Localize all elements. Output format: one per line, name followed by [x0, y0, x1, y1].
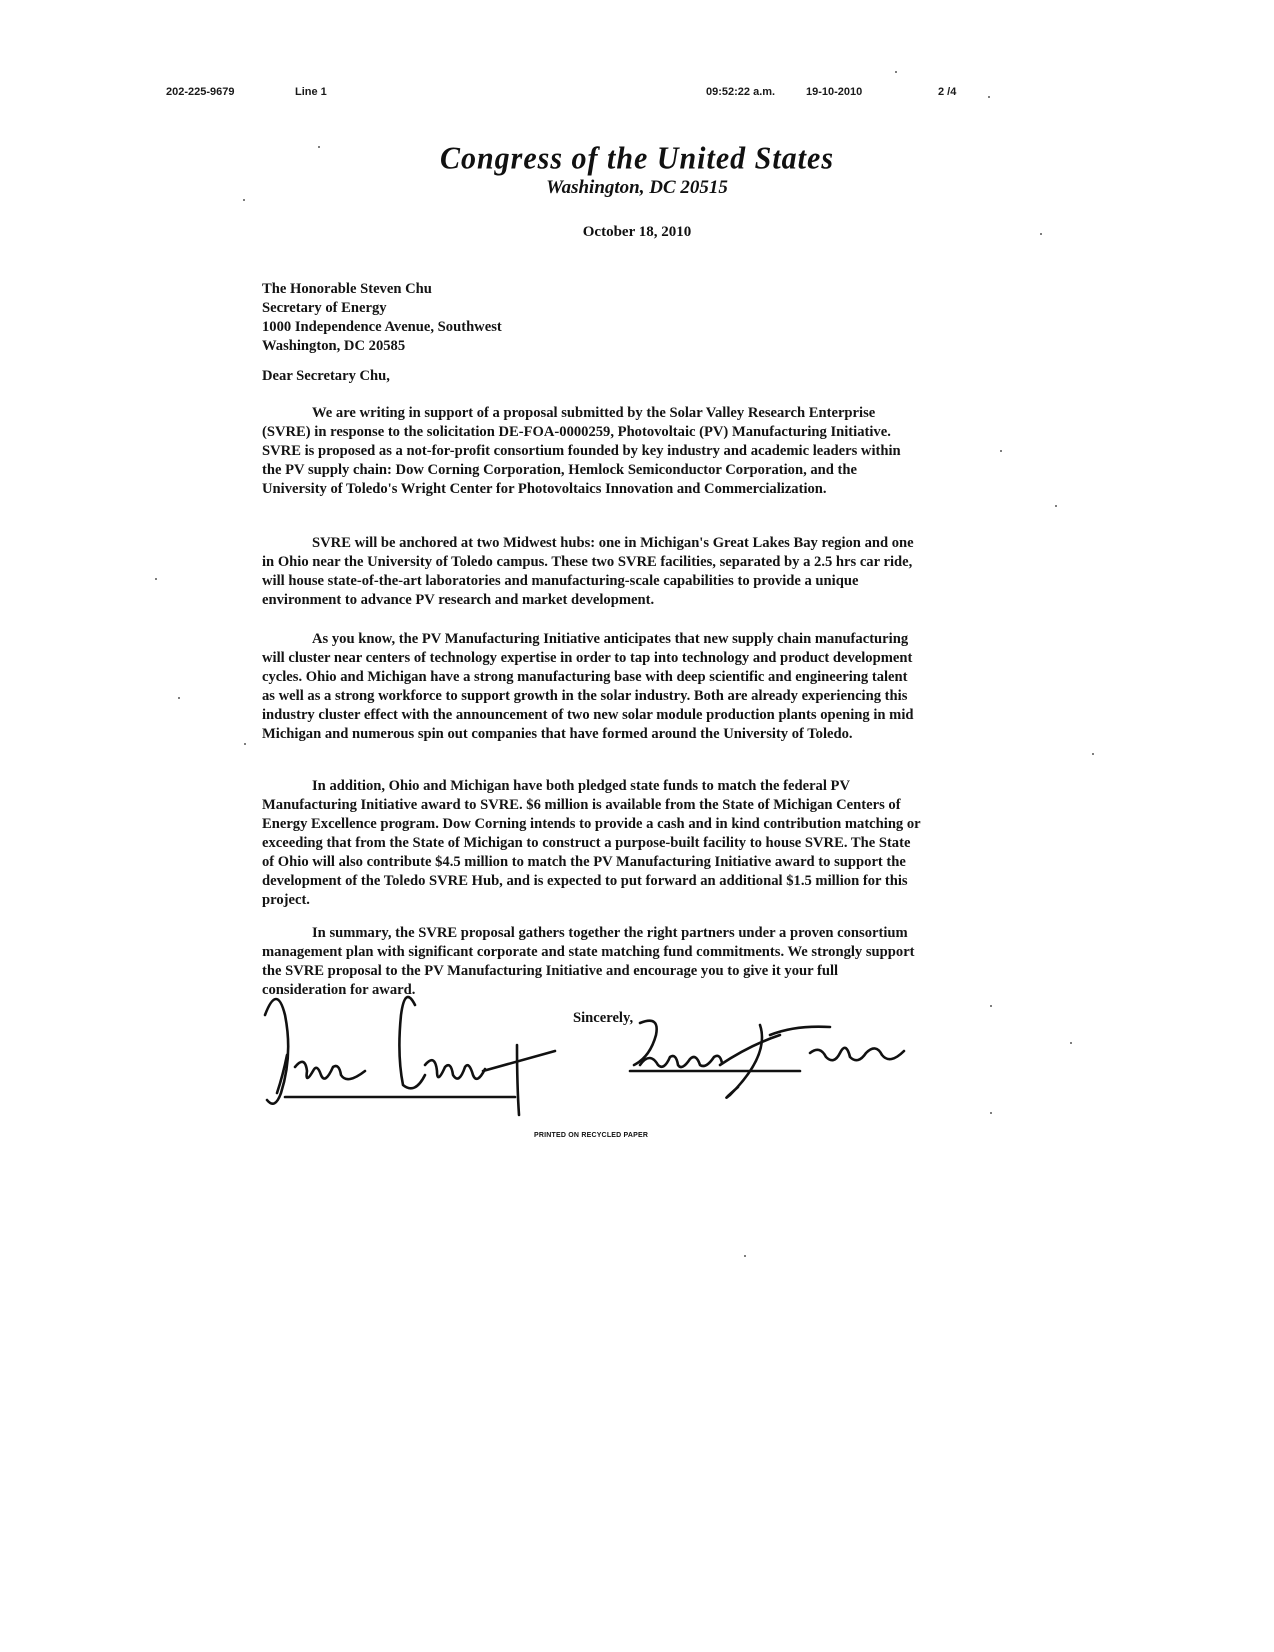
scan-speck: [744, 1255, 746, 1257]
scan-speck: [318, 146, 320, 148]
fax-time: 09:52:22 a.m.: [706, 86, 775, 98]
scan-speck: [243, 199, 245, 201]
scan-speck: [990, 1112, 992, 1114]
paragraph: In addition, Ohio and Michigan have both…: [262, 777, 922, 910]
signature-dave-camp: [255, 975, 585, 1125]
letterhead-subtitle: Washington, DC 20515: [0, 177, 1274, 199]
recycled-paper-note: PRINTED ON RECYCLED PAPER: [534, 1132, 648, 1139]
scan-speck: [1040, 233, 1042, 235]
fax-phone: 202-225-9679: [166, 86, 235, 98]
fax-date: 19-10-2010: [806, 86, 862, 98]
scan-speck: [988, 96, 990, 98]
scan-speck: [1000, 450, 1002, 452]
letter-date: October 18, 2010: [0, 224, 1274, 241]
salutation: Dear Secretary Chu,: [262, 367, 922, 386]
paragraph: As you know, the PV Manufacturing Initia…: [262, 630, 922, 744]
scan-speck: [155, 578, 157, 580]
signature-marcy-kaptur: [620, 1005, 920, 1115]
scan-speck: [1055, 505, 1057, 507]
fax-page: 2 /4: [938, 86, 956, 98]
recipient-line: Secretary of Energy: [262, 299, 922, 318]
letterhead-title: Congress of the United States: [0, 141, 1274, 177]
paragraph: We are writing in support of a proposal …: [262, 404, 922, 499]
scan-speck: [895, 71, 897, 73]
recipient-line: 1000 Independence Avenue, Southwest: [262, 318, 922, 337]
recipient-address: The Honorable Steven Chu Secretary of En…: [262, 280, 922, 356]
paragraph: SVRE will be anchored at two Midwest hub…: [262, 534, 922, 610]
recipient-line: Washington, DC 20585: [262, 337, 922, 356]
scan-speck: [1070, 1042, 1072, 1044]
scan-speck: [990, 1005, 992, 1007]
scan-speck: [244, 743, 246, 745]
fax-line: Line 1: [295, 86, 327, 98]
scan-speck: [1092, 753, 1094, 755]
recipient-line: The Honorable Steven Chu: [262, 280, 922, 299]
scan-speck: [178, 697, 180, 699]
